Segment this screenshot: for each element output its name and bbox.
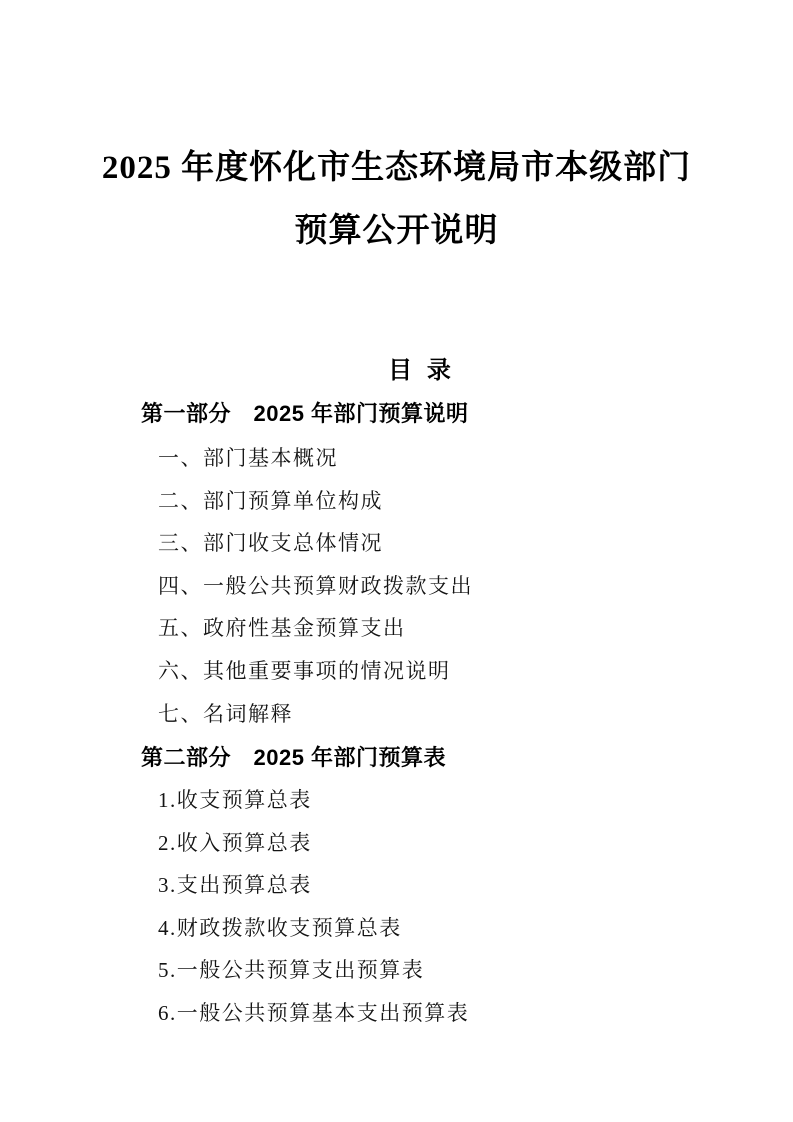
toc-entry-1: 一、部门基本概况	[158, 445, 338, 472]
toc-entry-12: 5.一般公共预算支出预算表	[158, 957, 424, 984]
toc-heading: 目 录	[23, 356, 793, 386]
toc-entry-10: 3.支出预算总表	[158, 872, 312, 899]
toc-entry-11: 4.财政拨款收支预算总表	[158, 915, 402, 942]
toc-entry-2: 二、部门预算单位构成	[158, 488, 383, 515]
toc-entry-6: 六、其他重要事项的情况说明	[158, 658, 451, 685]
toc-entry-7: 七、名词解释	[158, 701, 293, 728]
document-title-line-2: 预算公开说明	[0, 211, 793, 251]
document-page: 2025 年度怀化市生态环境局市本级部门 预算公开说明 目 录 第一部分 202…	[0, 0, 793, 1122]
toc-entry-13: 6.一般公共预算基本支出预算表	[158, 1000, 469, 1027]
toc-entry-9: 2.收入预算总表	[158, 830, 312, 857]
document-title-line-1: 2025 年度怀化市生态环境局市本级部门	[0, 148, 793, 188]
toc-entry-4: 四、一般公共预算财政拨款支出	[158, 573, 473, 600]
toc-part-heading-2: 第二部分 2025 年部门预算表	[141, 744, 446, 771]
toc-entry-3: 三、部门收支总体情况	[158, 530, 383, 557]
toc-entry-5: 五、政府性基金预算支出	[158, 615, 406, 642]
toc-entry-8: 1.收支预算总表	[158, 787, 312, 814]
toc-part-heading-1: 第一部分 2025 年部门预算说明	[141, 400, 469, 427]
